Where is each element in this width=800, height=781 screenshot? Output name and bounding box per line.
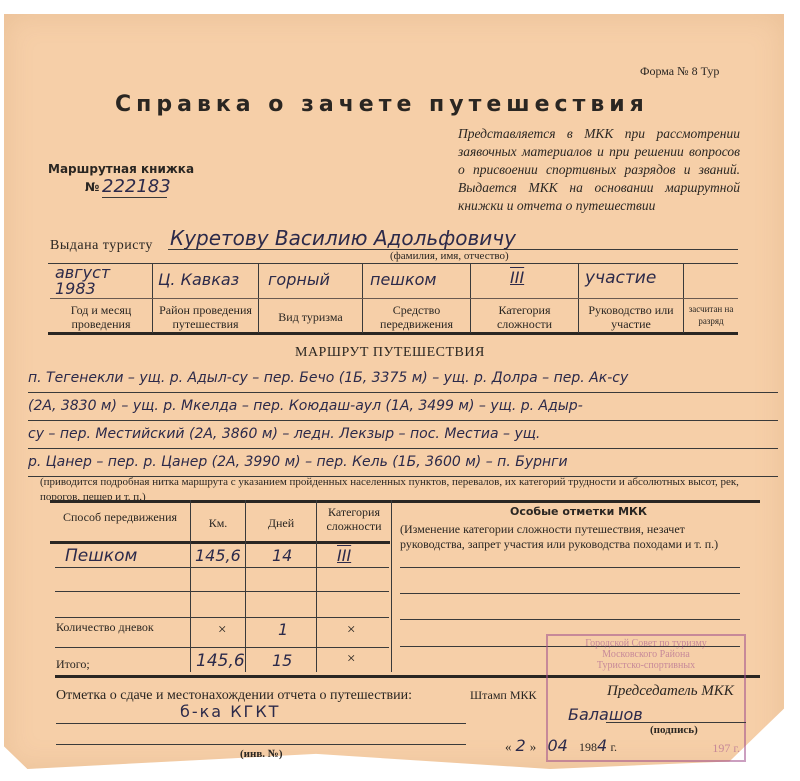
rest-days-km: × (218, 622, 226, 639)
date-g: г. (610, 740, 617, 754)
trip-category-caption: Категория сложности (471, 303, 578, 331)
stamp-line: Московского Района (548, 649, 744, 660)
mkk-notes-title: Особые отметки МКК (510, 505, 647, 518)
stamp-label: Штамп МКК (470, 688, 537, 703)
trip-role-value: участие (585, 268, 656, 288)
divider (50, 541, 390, 544)
trip-transport-value: пешком (370, 270, 436, 289)
divider (400, 593, 740, 594)
issued-to-label: Выдана туристу (50, 238, 153, 254)
divider (400, 567, 740, 568)
document-description: Представляется в МКК при рассмотрении за… (458, 125, 740, 215)
issued-to-value: Куретову Василию Адольфовичу (170, 226, 516, 250)
col-km-header: Км. (191, 516, 245, 530)
route-line: р. Цанер – пер. р. Цанер (2А, 3990 м) – … (28, 449, 778, 477)
total-days: 15 (272, 651, 292, 670)
row1-category: III (337, 546, 351, 565)
divider (391, 500, 392, 672)
divider (400, 619, 740, 620)
divider (55, 617, 389, 618)
divider (50, 298, 738, 299)
route-text: п. Тегенекли – ущ. р. Адыл-су – пер. Беч… (28, 365, 778, 477)
route-heading: МАРШРУТ ПУТЕШЕСТВИЯ (295, 345, 485, 361)
inv-caption: (инв. №) (240, 748, 283, 760)
trip-role-caption: Руководство или участие (579, 303, 683, 331)
trip-date-value: август 1983 (55, 265, 150, 297)
divider (55, 591, 389, 592)
report-value: б-ка КГКТ (180, 702, 280, 721)
chairman-label: Председатель МКК (607, 683, 734, 700)
stamp-year: 197 г. (712, 741, 740, 756)
row1-days: 14 (272, 546, 292, 565)
total-km: 145,6 (196, 651, 245, 671)
date-day: 2 (512, 736, 530, 755)
date-field: «2» 04 1984 г. (505, 736, 617, 755)
divider (56, 723, 466, 724)
trip-date-caption: Год и месяц проведения (50, 303, 152, 331)
trip-type-value: горный (268, 270, 330, 289)
route-line: (2А, 3830 м) – ущ. р. Мкелда – пер. Коюд… (28, 393, 778, 421)
divider (56, 744, 466, 745)
route-book-number: 222183 (102, 176, 167, 198)
row1-method: Пешком (65, 546, 137, 566)
stamp-line: Городской Совет по туризму (548, 638, 744, 649)
route-line: су – пер. Местийский (2А, 3860 м) – ледн… (28, 421, 778, 449)
signature-caption: (подпись) (650, 724, 698, 736)
document-title: Справка о зачете путешествия (115, 92, 649, 117)
divider (55, 647, 389, 648)
total-label: Итого; (56, 657, 90, 672)
total-category: × (347, 651, 355, 668)
trip-region-caption: Район проведения путешествия (153, 303, 258, 331)
trip-transport-caption: Средство передвижения (363, 303, 470, 331)
trip-type-caption: Вид туризма (259, 310, 362, 324)
route-line: п. Тегенекли – ущ. р. Адыл-су – пер. Беч… (28, 365, 778, 393)
trip-rank-caption: засчитан на разряд (684, 303, 738, 327)
stamp-line: Туристско-спортивных (548, 660, 744, 671)
mkk-notes-caption: (Изменение категории сложности путешеств… (400, 522, 745, 552)
rest-days-label: Количество дневок (56, 620, 156, 634)
route-book-label: Маршрутная книжка (48, 162, 194, 176)
divider (606, 722, 746, 723)
trip-category-value: III (510, 268, 524, 287)
movement-table-top (50, 500, 760, 503)
rest-days-category: × (347, 622, 355, 639)
date-month: 04 (539, 736, 575, 755)
divider (55, 567, 389, 568)
row1-km: 145,6 (195, 546, 241, 565)
route-book-number-prefix: № (85, 180, 99, 194)
date-year-suffix: 4 (597, 736, 607, 755)
rest-days-days: 1 (278, 620, 288, 639)
date-year-prefix: 198 (579, 740, 597, 754)
trip-region-value: Ц. Кавказ (158, 270, 239, 289)
col-method-header: Способ передвижения (50, 510, 190, 524)
col-days-header: Дней (246, 516, 316, 530)
issued-to-caption: (фамилия, имя, отчество) (390, 250, 509, 262)
form-number: Форма № 8 Тур (640, 64, 719, 79)
col-category-header: Категория сложности (317, 505, 391, 533)
